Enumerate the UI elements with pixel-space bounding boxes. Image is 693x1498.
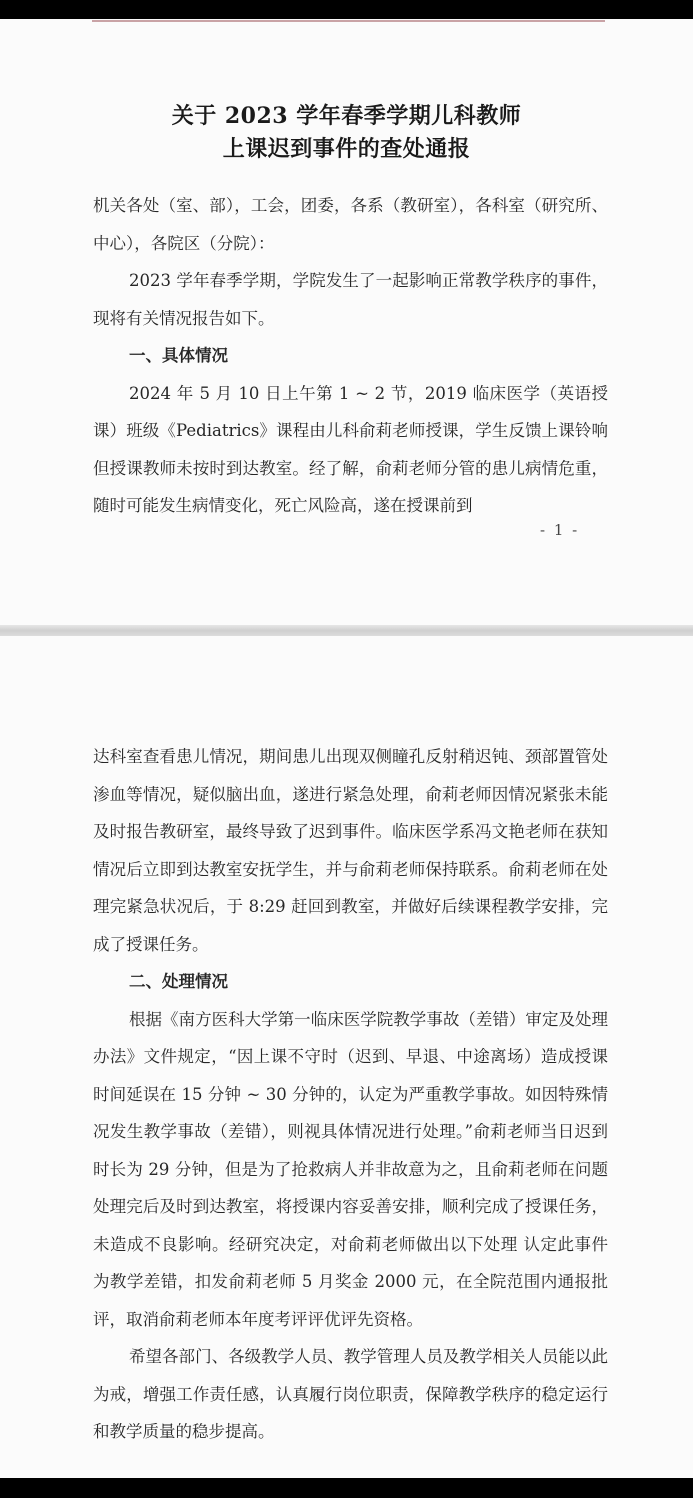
section-1-paragraph-part1: 2024 年 5 月 10 日上午第 1 ~ 2 节，2019 临床医学（英语授… [93,375,608,525]
page1-body: 机关各处（室、部），工会，团委，各系（教研室），各科室（研究所、中心），各院区（… [93,187,608,525]
page-break [0,625,693,636]
section-1-heading: 一、具体情况 [93,337,608,375]
document-title: 关于 2023 学年春季学期儿科教师 上课迟到事件的查处通报 [0,100,693,166]
page-number: - 1 - [540,521,579,539]
document-page-2: 达科室查看患儿情况，期间患儿出现双侧瞳孔反射稍迟钝、颈部置管处渗血等情况，疑似脑… [0,636,693,1478]
intro-paragraph: 2023 学年春季学期，学院发生了一起影响正常教学秩序的事件，现将有关情况报告如… [93,262,608,337]
section-2-heading: 二、处理情况 [93,963,608,1001]
closing-paragraph: 希望各部门、各级教学人员、教学管理人员及教学相关人员能以此为戒，增强工作责任感，… [93,1338,608,1451]
title-line-1: 关于 2023 学年春季学期儿科教师 [0,100,693,133]
header-rule [92,20,605,22]
title-line-2: 上课迟到事件的查处通报 [0,133,693,166]
page2-body: 达科室查看患儿情况，期间患儿出现双侧瞳孔反射稍迟钝、颈部置管处渗血等情况，疑似脑… [93,738,608,1451]
section-2-paragraph: 根据《南方医科大学第一临床医学院教学事故（差错）审定及处理办法》文件规定，“因上… [93,1001,608,1339]
top-black-border [0,0,693,19]
bottom-black-border [0,1478,693,1498]
document-page-1: 关于 2023 学年春季学期儿科教师 上课迟到事件的查处通报 机关各处（室、部）… [0,19,693,625]
section-1-paragraph-part2: 达科室查看患儿情况，期间患儿出现双侧瞳孔反射稍迟钝、颈部置管处渗血等情况，疑似脑… [93,738,608,963]
addressee: 机关各处（室、部），工会，团委，各系（教研室），各科室（研究所、中心），各院区（… [93,187,608,262]
